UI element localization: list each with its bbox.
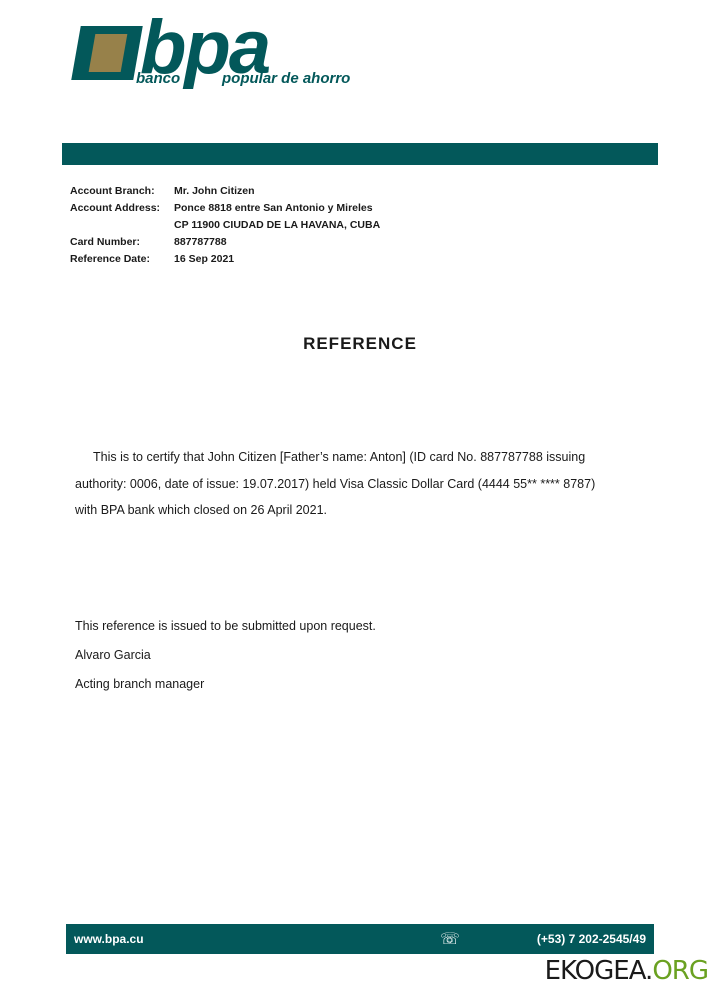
footer-band: www.bpa.cu ☏ (+53) 7 202-2545/49 bbox=[66, 924, 654, 954]
info-value: 16 Sep 2021 bbox=[174, 251, 234, 268]
info-value: Mr. John Citizen bbox=[174, 183, 255, 200]
info-row-card: Card Number: 887787788 bbox=[70, 234, 380, 251]
header-band bbox=[62, 143, 658, 165]
info-label: Account Address: bbox=[70, 200, 174, 217]
info-value: CP 11900 CIUDAD DE LA HAVANA, CUBA bbox=[174, 217, 380, 234]
info-value: Ponce 8818 entre San Antonio y Mireles bbox=[174, 200, 373, 217]
signatory-position: Acting branch manager bbox=[75, 670, 376, 699]
logo-subtitle-right: popular de ahorro bbox=[222, 70, 350, 87]
watermark: EKOGEA.ORG bbox=[545, 956, 708, 986]
logo-subtitle-left: banco bbox=[136, 70, 180, 87]
body-line-3: with BPA bank which closed on 26 April 2… bbox=[75, 497, 655, 524]
watermark-suffix: ORG bbox=[652, 956, 708, 986]
body-line-1: This is to certify that John Citizen [Fa… bbox=[75, 444, 655, 471]
info-label: Reference Date: bbox=[70, 251, 174, 268]
document-title: REFERENCE bbox=[0, 334, 720, 354]
footer-url: www.bpa.cu bbox=[74, 932, 144, 946]
info-row-date: Reference Date: 16 Sep 2021 bbox=[70, 251, 380, 268]
info-label: Account Branch: bbox=[70, 183, 174, 200]
body-line-2: authority: 0006, date of issue: 19.07.20… bbox=[75, 471, 655, 498]
signatory-name: Alvaro Garcia bbox=[75, 641, 376, 670]
footer-phone: (+53) 7 202-2545/49 bbox=[537, 932, 646, 946]
bpa-logo: bpa banco popular de ahorro bbox=[70, 20, 380, 92]
logo-gold-square-icon bbox=[89, 34, 128, 72]
info-row-address-2: CP 11900 CIUDAD DE LA HAVANA, CUBA bbox=[70, 217, 380, 234]
closing-statement: This reference is issued to be submitted… bbox=[75, 612, 376, 641]
closing-block: This reference is issued to be submitted… bbox=[75, 612, 376, 699]
info-label bbox=[70, 217, 174, 234]
account-info: Account Branch: Mr. John Citizen Account… bbox=[70, 183, 380, 268]
telephone-icon: ☏ bbox=[440, 929, 460, 949]
certification-paragraph: This is to certify that John Citizen [Fa… bbox=[75, 444, 655, 524]
watermark-main: EKOGEA. bbox=[545, 956, 653, 986]
info-label: Card Number: bbox=[70, 234, 174, 251]
info-row-address: Account Address: Ponce 8818 entre San An… bbox=[70, 200, 380, 217]
info-value: 887787788 bbox=[174, 234, 227, 251]
info-row-branch: Account Branch: Mr. John Citizen bbox=[70, 183, 380, 200]
